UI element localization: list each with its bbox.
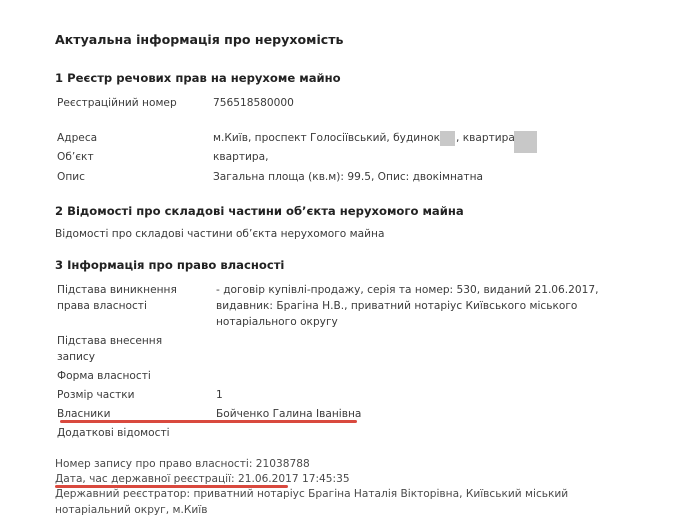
value-share-size: 1 xyxy=(216,387,223,403)
value-ownership-basis: - договір купівлі-продажу, серія та номе… xyxy=(216,282,606,330)
address-text: м.Київ, проспект Голосіївський, будинок xyxy=(213,132,440,144)
value-address: м.Київ, проспект Голосіївський, будинок xyxy=(213,130,440,146)
section-1-heading: 1 Реєстр речових прав на нерухоме майно xyxy=(55,71,341,85)
label-ownership-basis: Підстава виникнення права власності xyxy=(57,282,177,314)
page-title: Актуальна інформація про нерухомість xyxy=(55,32,344,47)
label-registration-number: Реєстраційний номер xyxy=(57,95,207,111)
value-object: квартира, xyxy=(213,149,269,165)
label-share-size: Розмір частки xyxy=(57,387,135,403)
section-2-heading: 2 Відомості про складові частини об’єкта… xyxy=(55,204,464,218)
value-registration-number: 756518580000 xyxy=(213,95,294,111)
redacted-building-number xyxy=(440,131,455,146)
label-description: Опис xyxy=(57,169,85,185)
registrar-line-2: нотаріальний округ, м.Київ xyxy=(55,503,207,519)
registrar-line-1: Державний реєстратор: приватний нотаріус… xyxy=(55,487,568,503)
section-2-text: Відомості про складові частини об’єкта н… xyxy=(55,226,384,242)
label-object: Об’єкт xyxy=(57,149,94,165)
record-number: Номер запису про право власності: 210387… xyxy=(55,457,310,473)
redacted-apartment-number xyxy=(514,131,537,153)
label-additional-info: Додаткові відомості xyxy=(57,425,170,441)
address-apartment-text: , квартира xyxy=(456,130,515,146)
label-ownership-form: Форма власності xyxy=(57,368,151,384)
label-address: Адреса xyxy=(57,130,97,146)
value-description: Загальна площа (кв.м): 99.5, Опис: двокі… xyxy=(213,169,483,185)
owners-highlight-underline xyxy=(60,420,357,423)
label-entry-basis: Підстава внесення запису xyxy=(57,333,177,365)
section-3-heading: 3 Інформація про право власності xyxy=(55,258,284,272)
